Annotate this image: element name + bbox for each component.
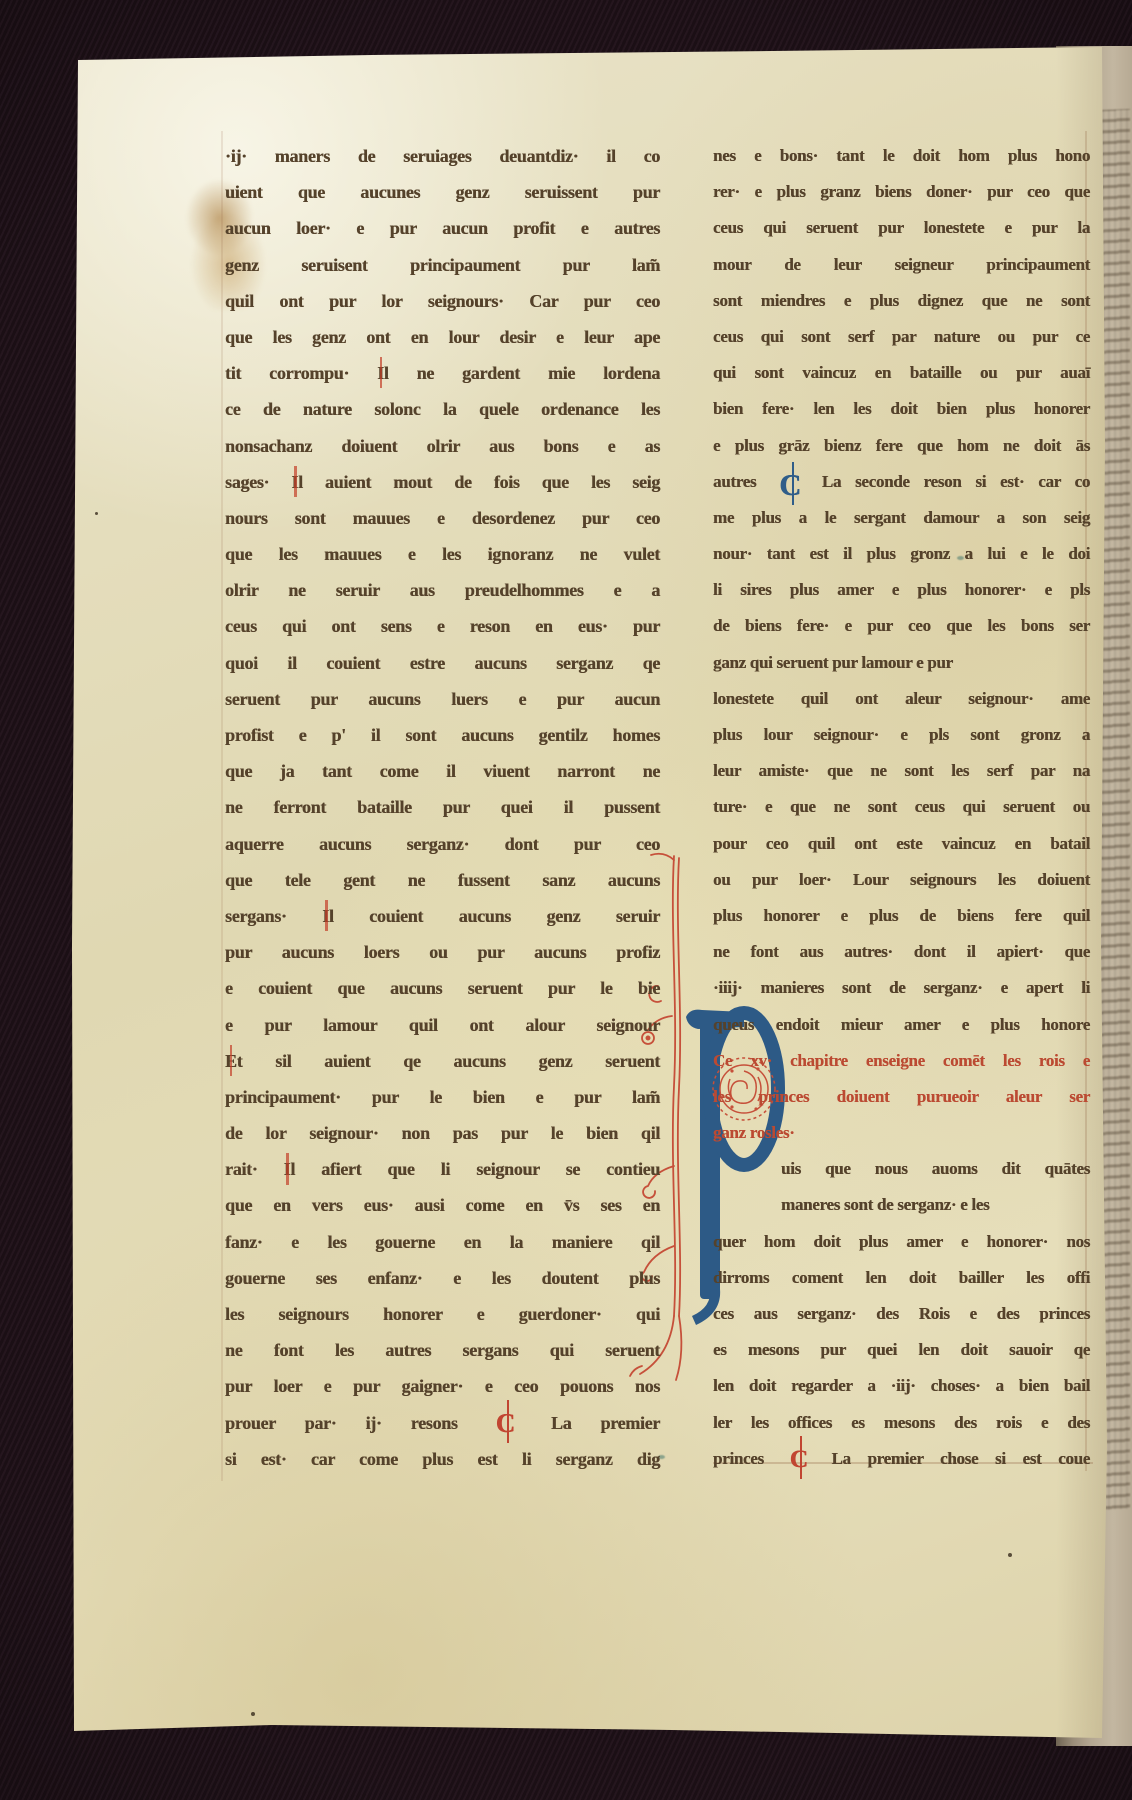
capitulum-mark: C [779,467,801,503]
speck [251,1712,255,1716]
red-touched-letter: I [377,355,384,391]
text-line: seruent pur aucuns luers e pur aucun [225,681,660,717]
text-line: quer hom doit plus amer e honorer· nos [713,1224,1090,1260]
text-line: princes C La premier chose si est coue [713,1441,1090,1477]
ruling-line [221,131,223,1481]
speck [1008,1553,1012,1557]
text-line: ganz qui seruent pur lamour e pur [713,645,1090,681]
text-line: profist e p' il sont aucuns gentilz home… [225,717,660,753]
text-line: ou pur loer· Lour seignours les doiuent [713,862,1090,898]
text-line: si est· car come plus est li serganz dig [225,1441,660,1477]
text-line: sages· Il auient mout de fois que les se… [225,464,660,500]
text-line: e couient que aucuns seruent pur le bie [225,970,660,1006]
text-line: genz seruisent principaument pur lam̃ [225,247,660,283]
text-line: ne font les autres sergans qui seruent [225,1332,660,1368]
photograph-of-manuscript: ·ij· maners de seruiages deuantdiz· il c… [0,0,1132,1800]
text-line: bien fere· len les doit bien plus honore… [713,391,1090,427]
text-line: ler les offices es mesons des rois e des [713,1405,1090,1441]
text-line: fanz· e les gouerne en la maniere qil [225,1224,660,1260]
text-line: quil ont pur lor seignours· Car pur ceo [225,283,660,319]
text-line: e pur lamour quil ont alour seignour [225,1007,660,1043]
text-line: que les genz ont en lour desir e leur ap… [225,319,660,355]
parchment-page: ·ij· maners de seruiages deuantdiz· il c… [72,46,1108,1746]
text-line: ces aus serganz· des Rois e des princes [713,1296,1090,1332]
text-line: sont miendres e plus dignez que ne sont [713,283,1090,319]
text-line: ·ij· maners de seruiages deuantdiz· il c… [225,138,660,174]
text-line: ceus qui seruent pur lonestete e pur la [713,210,1090,246]
rubric-line: ganz rosles· [713,1115,1090,1151]
rubric-line: Ce xv· chapitre enseigne comēt les rois … [713,1043,1090,1079]
text-line: lonestete quil ont aleur seignour· ame [713,681,1090,717]
capitulum-mark: C [790,1441,808,1477]
text-line: plus lour seignour· e pls sont gronz a [713,717,1090,753]
text-line: les seignours honorer e guerdoner· qui [225,1296,660,1332]
text-line: que en vers eus· ausi come en v̄s ses en [225,1187,660,1223]
text-line: es mesons pur quei len doit sauoir qe [713,1332,1090,1368]
text-line: que les mauues e les ignoranz ne vulet [225,536,660,572]
text-line: li sires plus amer e plus honorer· e pls [713,572,1090,608]
text-line: pour ceo quil ont este vaincuz en batail [713,826,1090,862]
right-text-column: nes e bons· tant le doit hom plus honore… [713,138,1090,1477]
text-line: maneres sont de serganz· e les [781,1187,1090,1223]
speck [95,512,98,515]
text-line: aucun loer· e pur aucun profit e autres [225,210,660,246]
text-line: Et sil auient qe aucuns genz seruent [225,1043,660,1079]
text-line: e plus grāz bienz fere que hom ne doit ā… [713,428,1090,464]
text-line: gouerne ses enfanz· e les doutent plus [225,1260,660,1296]
text-line: pur loer e pur gaigner· e ceo pouons nos [225,1368,660,1404]
text-line: pur aucuns loers ou pur aucuns profiz [225,934,660,970]
red-touched-letter: E [225,1043,237,1079]
red-touched-letter: I [284,1151,291,1187]
text-line: sergans· Il couient aucuns genz seruir [225,898,660,934]
text-line: principaument· pur le bien e pur lam̃ [225,1079,660,1115]
text-line: quoi il couient estre aucuns serganz qe [225,645,660,681]
text-line: nes e bons· tant le doit hom plus hono [713,138,1090,174]
text-line: uient que aucunes genz seruissent pur [225,174,660,210]
text-line: dirroms coment len doit bailler les offi [713,1260,1090,1296]
text-line: que ja tant come il viuent narront ne [225,753,660,789]
text-line: olrir ne seruir aus preudelhommes e a [225,572,660,608]
capitulum-mark: C [496,1405,515,1441]
left-text-column: ·ij· maners de seruiages deuantdiz· il c… [225,138,660,1477]
text-line: nours sont mauues e desordenez pur ceo [225,500,660,536]
text-line: ceus qui ont sens e reson en eus· pur [225,608,660,644]
text-line: rait· Il afiert que li seignour se conti… [225,1151,660,1187]
text-line: tit corrompu· Il ne gardent mie lordena [225,355,660,391]
text-line: uis que nous auoms dit quātes [781,1151,1090,1187]
text-line: ·iiij· manieres sont de serganz· e apert… [713,970,1090,1006]
text-line: rer· e plus granz biens doner· pur ceo q… [713,174,1090,210]
text-line: plus honorer e plus de biens fere quil [713,898,1090,934]
rubric-line: les princes doiuent purueoir aleur ser [713,1079,1090,1115]
text-line: ce de nature solonc la quele ordenance l… [225,391,660,427]
text-line: len doit regarder a ·iij· choses· a bien… [713,1368,1090,1404]
text-line: queus endoit mieur amer e plus honore [713,1007,1090,1043]
text-line: prouer par· ij· resons C La premier [225,1405,660,1441]
text-line: mour de leur seigneur principaument [713,247,1090,283]
text-line: de lor seignour· non pas pur le bien qil [225,1115,660,1151]
text-line: de biens fere· e pur ceo que les bons se… [713,608,1090,644]
text-line: ceus qui sont serf par nature ou pur ce [713,319,1090,355]
text-line: autres C La seconde reson si est· car co [713,464,1090,500]
text-line: me plus a le sergant damour a son seig [713,500,1090,536]
text-line: qui sont vaincuz en bataille ou pur auaī [713,355,1090,391]
text-line: ture· e que ne sont ceus qui seruent ou [713,789,1090,825]
text-line: nonsachanz doiuent olrir aus bons e as [225,428,660,464]
text-line: aquerre aucuns serganz· dont pur ceo [225,826,660,862]
text-line: ne font aus autres· dont il apiert· que [713,934,1090,970]
red-touched-letter: I [322,898,329,934]
red-touched-letter: I [291,464,298,500]
text-line: ne ferront bataille pur quei il pussent [225,789,660,825]
text-line: nour· tant est il plus gronz a lui e le … [713,536,1090,572]
text-line: que tele gent ne fussent sanz aucuns [225,862,660,898]
text-line: leur amiste· que ne sont les serf par na [713,753,1090,789]
